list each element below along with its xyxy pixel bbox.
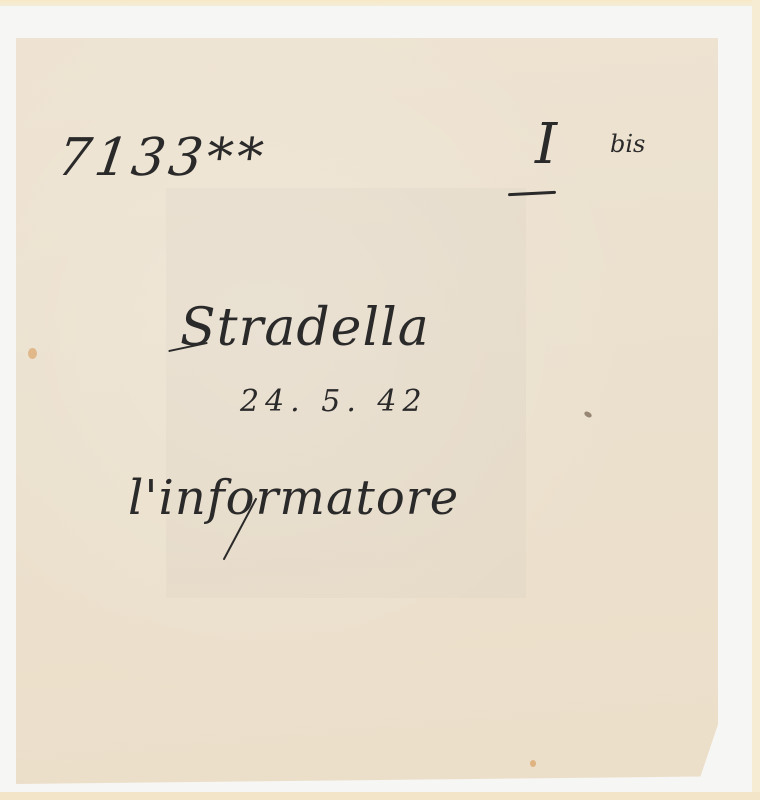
ink-speck — [583, 410, 592, 418]
mount-board-right-edge — [752, 0, 760, 800]
place-name: Stradella — [180, 298, 430, 358]
roman-suffix: bis — [610, 130, 645, 158]
catalog-number: 7133** — [54, 128, 271, 188]
roman-numeral: I — [535, 112, 557, 177]
foxing-stain — [28, 348, 37, 359]
foxing-stain — [530, 760, 536, 767]
mount-board-bottom-edge — [0, 792, 760, 800]
informant-note: l'informatore — [128, 470, 459, 526]
date: 24. 5. 42 — [240, 384, 428, 419]
